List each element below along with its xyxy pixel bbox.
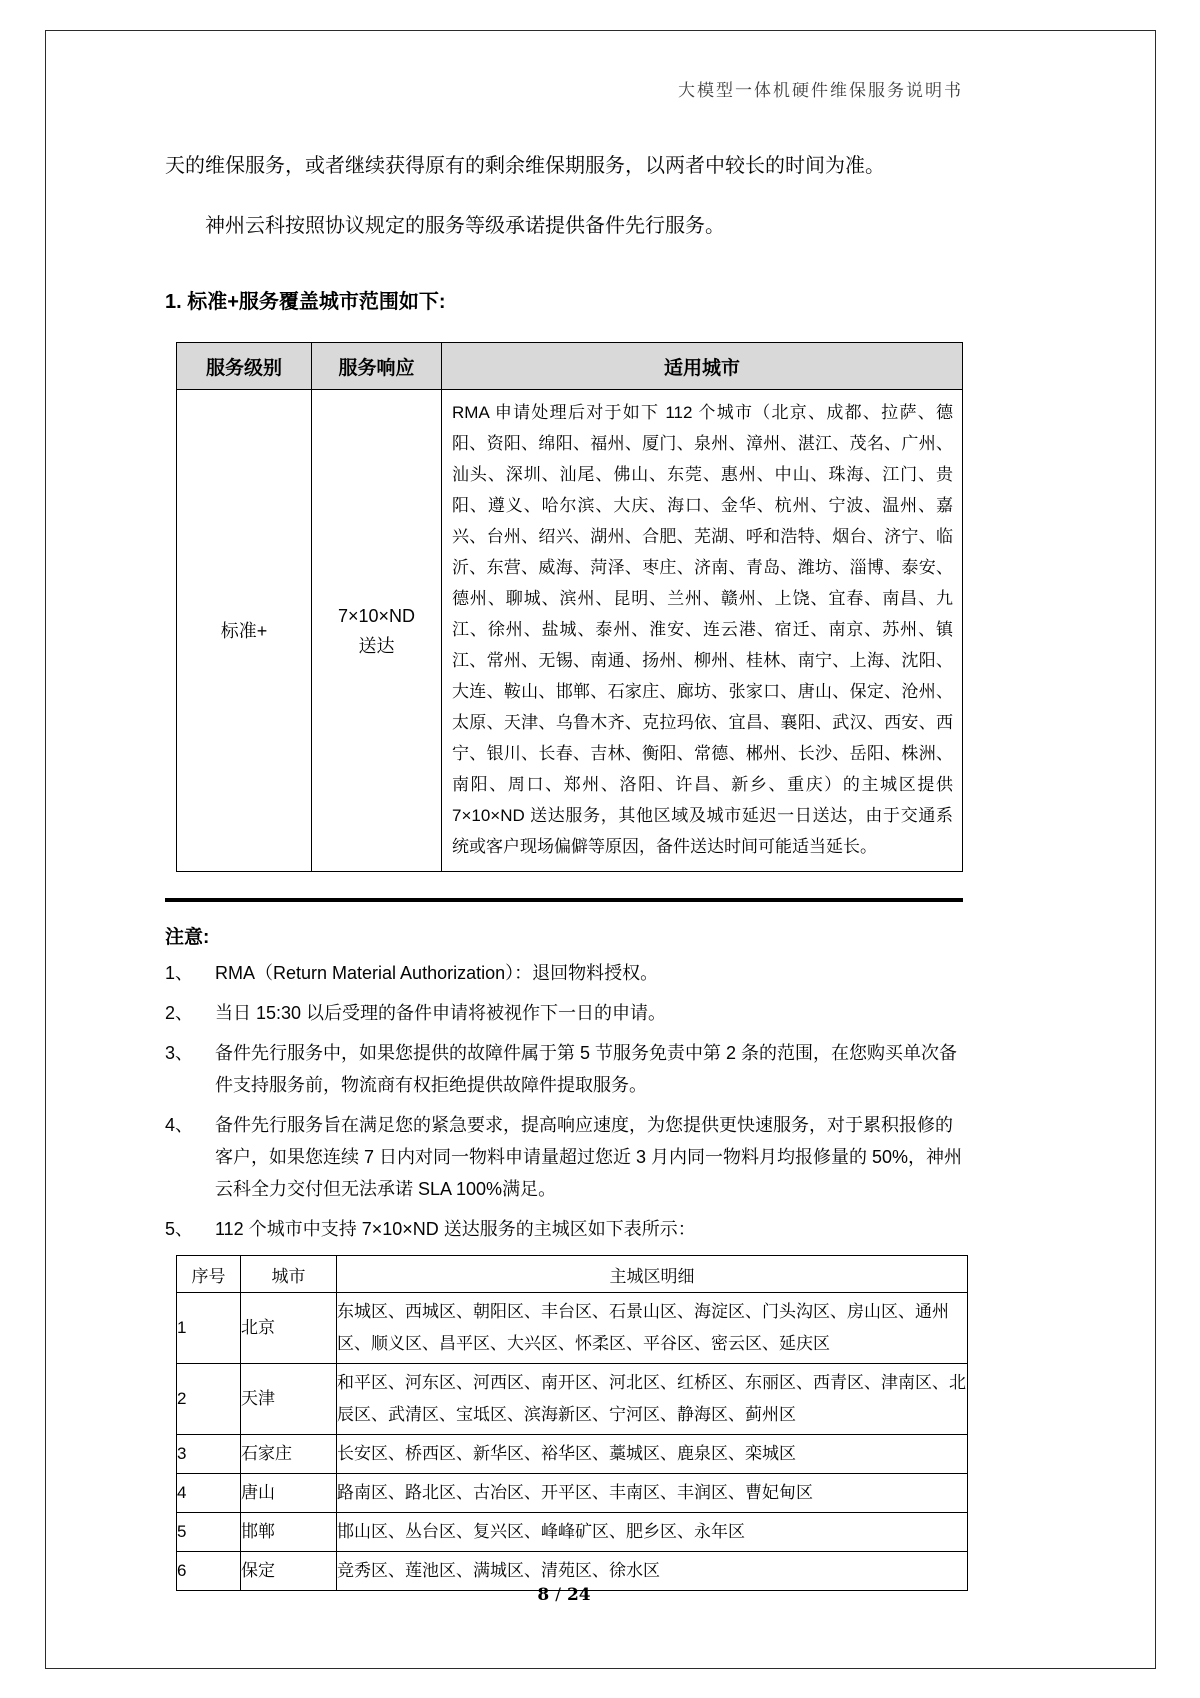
- row-city: 天津: [241, 1364, 337, 1435]
- note-number: 2、: [165, 997, 215, 1029]
- note-item-1: 1、 RMA（Return Material Authorization）：退回…: [165, 957, 963, 989]
- row-districts: 东城区、西城区、朝阳区、丰台区、石景山区、海淀区、门头沟区、房山区、通州区、顺义…: [337, 1293, 968, 1364]
- service-table-header-row: 服务级别 服务响应 适用城市: [177, 343, 963, 390]
- districts-row-handan: 5 邯郸 邯山区、丛台区、复兴区、峰峰矿区、肥乡区、永年区: [177, 1513, 968, 1552]
- note-text: 112 个城市中支持 7×10×ND 送达服务的主城区如下表所示：: [215, 1213, 963, 1245]
- note-item-4: 4、 备件先行服务旨在满足您的紧急要求，提高响应速度，为您提供更快速服务，对于累…: [165, 1109, 963, 1205]
- service-table-header-level: 服务级别: [177, 343, 312, 390]
- note-number: 5、: [165, 1213, 215, 1245]
- service-response-cell: 7×10×ND 送达: [312, 390, 442, 872]
- note-item-5: 5、 112 个城市中支持 7×10×ND 送达服务的主城区如下表所示：: [165, 1213, 963, 1245]
- row-no: 2: [177, 1364, 241, 1435]
- districts-row-tangshan: 4 唐山 路南区、路北区、古冶区、开平区、丰南区、丰润区、曹妃甸区: [177, 1474, 968, 1513]
- row-no: 4: [177, 1474, 241, 1513]
- row-districts: 邯山区、丛台区、复兴区、峰峰矿区、肥乡区、永年区: [337, 1513, 968, 1552]
- row-districts: 路南区、路北区、古冶区、开平区、丰南区、丰润区、曹妃甸区: [337, 1474, 968, 1513]
- districts-row-shijiazhuang: 3 石家庄 长安区、桥西区、新华区、裕华区、藁城区、鹿泉区、栾城区: [177, 1435, 968, 1474]
- note-number: 3、: [165, 1037, 215, 1101]
- intro-paragraph-1: 天的维保服务，或者继续获得原有的剩余维保期服务，以两者中较长的时间为准。: [165, 151, 963, 181]
- service-level-cell: 标准+: [177, 390, 312, 872]
- page-footer: 8/24: [165, 1585, 963, 1605]
- section-divider-rule: [165, 898, 963, 902]
- row-no: 3: [177, 1435, 241, 1474]
- row-districts: 和平区、河东区、河西区、南开区、河北区、红桥区、东丽区、西青区、津南区、北辰区、…: [337, 1364, 968, 1435]
- row-city: 邯郸: [241, 1513, 337, 1552]
- service-table-header-response: 服务响应: [312, 343, 442, 390]
- districts-table: 序号 城市 主城区明细 1 北京 东城区、西城区、朝阳区、丰台区、石景山区、海淀…: [176, 1255, 968, 1591]
- service-response-line2: 送达: [359, 636, 395, 656]
- footer-page-number: 8: [537, 1585, 549, 1605]
- districts-row-beijing: 1 北京 东城区、西城区、朝阳区、丰台区、石景山区、海淀区、门头沟区、房山区、通…: [177, 1293, 968, 1364]
- note-text: 当日 15:30 以后受理的备件申请将被视作下一日的申请。: [215, 997, 963, 1029]
- document-content: 大模型一体机硬件维保服务说明书 天的维保服务，或者继续获得原有的剩余维保期服务，…: [165, 0, 963, 1591]
- service-table-body-row: 标准+ 7×10×ND 送达 RMA 申请处理后对于如下 112 个城市（北京、…: [177, 390, 963, 872]
- row-no: 5: [177, 1513, 241, 1552]
- service-table-header-cities: 适用城市: [442, 343, 963, 390]
- row-districts: 长安区、桥西区、新华区、裕华区、藁城区、鹿泉区、栾城区: [337, 1435, 968, 1474]
- service-coverage-table: 服务级别 服务响应 适用城市 标准+ 7×10×ND 送达 RMA 申请处理后对…: [176, 342, 963, 872]
- note-item-2: 2、 当日 15:30 以后受理的备件申请将被视作下一日的申请。: [165, 997, 963, 1029]
- row-no: 1: [177, 1293, 241, 1364]
- row-city: 北京: [241, 1293, 337, 1364]
- districts-row-tianjin: 2 天津 和平区、河东区、河西区、南开区、河北区、红桥区、东丽区、西青区、津南区…: [177, 1364, 968, 1435]
- intro-paragraph-2: 神州云科按照协议规定的服务等级承诺提供备件先行服务。: [165, 211, 963, 241]
- row-city: 石家庄: [241, 1435, 337, 1474]
- row-city: 唐山: [241, 1474, 337, 1513]
- footer-total-pages: 24: [567, 1585, 591, 1605]
- footer-separator: /: [549, 1585, 567, 1605]
- note-text: 备件先行服务中，如果您提供的故障件属于第 5 节服务免责中第 2 条的范围，在您…: [215, 1037, 963, 1101]
- districts-header-city: 城市: [241, 1256, 337, 1293]
- note-text: RMA（Return Material Authorization）：退回物料授…: [215, 957, 963, 989]
- districts-header-no: 序号: [177, 1256, 241, 1293]
- notes-label: 注意:: [165, 922, 963, 949]
- note-text: 备件先行服务旨在满足您的紧急要求，提高响应速度，为您提供更快速服务，对于累积报修…: [215, 1109, 963, 1205]
- districts-header-detail: 主城区明细: [337, 1256, 968, 1293]
- note-number: 4、: [165, 1109, 215, 1205]
- districts-table-header-row: 序号 城市 主城区明细: [177, 1256, 968, 1293]
- service-response-line1: 7×10×ND: [338, 606, 415, 626]
- section-heading-standard-plus: 1. 标准+服务覆盖城市范围如下:: [165, 285, 963, 314]
- applicable-cities-cell: RMA 申请处理后对于如下 112 个城市（北京、成都、拉萨、德阳、资阳、绵阳、…: [442, 390, 963, 872]
- note-number: 1、: [165, 957, 215, 989]
- document-header-title: 大模型一体机硬件维保服务说明书: [165, 76, 963, 101]
- note-item-3: 3、 备件先行服务中，如果您提供的故障件属于第 5 节服务免责中第 2 条的范围…: [165, 1037, 963, 1101]
